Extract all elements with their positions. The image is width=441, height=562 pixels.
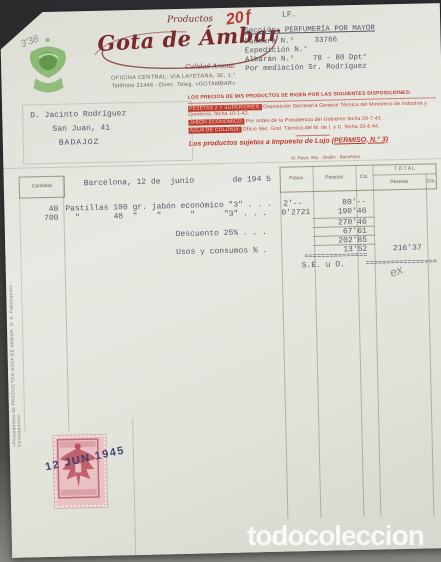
grand-total: 216'37	[381, 243, 433, 253]
col-header-pesetas: Pesetas	[313, 174, 356, 181]
regulation-text: Oficio Sec. Gral. Técnica del M. de I. y…	[241, 123, 380, 132]
expedition-line: Expedición N.°	[245, 46, 308, 55]
ref-code: LF.	[282, 10, 297, 19]
luxury-tax-line: Los productos sujetos a Impuesto de Lujo…	[189, 135, 437, 148]
customer-city: BADAJOZ	[59, 138, 100, 148]
delivery-note-label: Albarán N.°	[245, 55, 295, 64]
watermark-text: todocoleccion	[247, 520, 424, 552]
qty-header-label: Cantidad	[20, 183, 64, 190]
qty-header-box: Cantidad	[19, 176, 65, 199]
invoice-number-value: 33766	[315, 36, 338, 45]
row-price: 2'--	[283, 199, 302, 208]
paper-crease-vertical	[132, 418, 136, 556]
tax-label: Usos y consumos % .	[125, 246, 267, 258]
regulations-block: LOS PRECIOS DE MIS PRODUCTOS SE RIGEN PO…	[188, 89, 437, 147]
seuo-note: S.E. u O.	[302, 260, 345, 270]
col-header-total-cts: Cts.	[426, 178, 437, 184]
row-qty: 700	[14, 214, 58, 224]
logo-tagline: Calidad Aroma	[185, 62, 234, 71]
regulation-lead: JABÓN ECONÓMICO:	[188, 119, 244, 126]
scanned-invoice-photo: 3'38 Productos Gota de Ámbar Calidad Aro…	[0, 0, 441, 562]
col-header-total-pesetas: Pesetas	[373, 178, 426, 185]
customer-street: San Juan, 41	[52, 124, 110, 134]
delivery-note-value: 78 - 80 Dpt°	[313, 54, 367, 63]
mediation-line: Por mediación Sr. Rodríguez	[245, 63, 367, 74]
section-line: Sección: PERFUMERÍA POR MAYOR	[244, 25, 375, 36]
column-rule	[280, 193, 288, 519]
luxury-tax-permit: (PERMISO, N.° 3)	[332, 136, 389, 144]
discount-label: Descuento 25% . . .	[125, 228, 267, 240]
company-emblem-icon	[24, 37, 71, 96]
column-rule	[373, 191, 381, 517]
col-header-precio: Precio	[280, 175, 313, 182]
place-date-line: Barcelona, 12 de junio de 194 5	[84, 175, 271, 188]
regulations-divider	[296, 134, 330, 136]
fiscal-stamp	[53, 435, 107, 508]
column-rule	[426, 189, 434, 515]
margin-provenance-note: «Procedentes de PRODUCTOS GOTA DE AMBAR,…	[8, 269, 22, 447]
col-header-cts: Cts.	[356, 174, 373, 180]
invoice-paper: 3'38 Productos Gota de Ámbar Calidad Aro…	[0, 3, 441, 558]
invoice-number-line: Factura N.° 33766	[245, 36, 338, 46]
regulation-lead: AGUA DE COLONIA:	[189, 127, 242, 134]
office-telegraph-line: Teléfono 21446 - Direc. Teleg. «GOTAMBAR…	[84, 80, 264, 90]
luxury-tax-text: Los productos sujetos a Impuesto de Lujo	[189, 137, 332, 147]
invoice-number-label: Factura N.°	[245, 37, 295, 46]
